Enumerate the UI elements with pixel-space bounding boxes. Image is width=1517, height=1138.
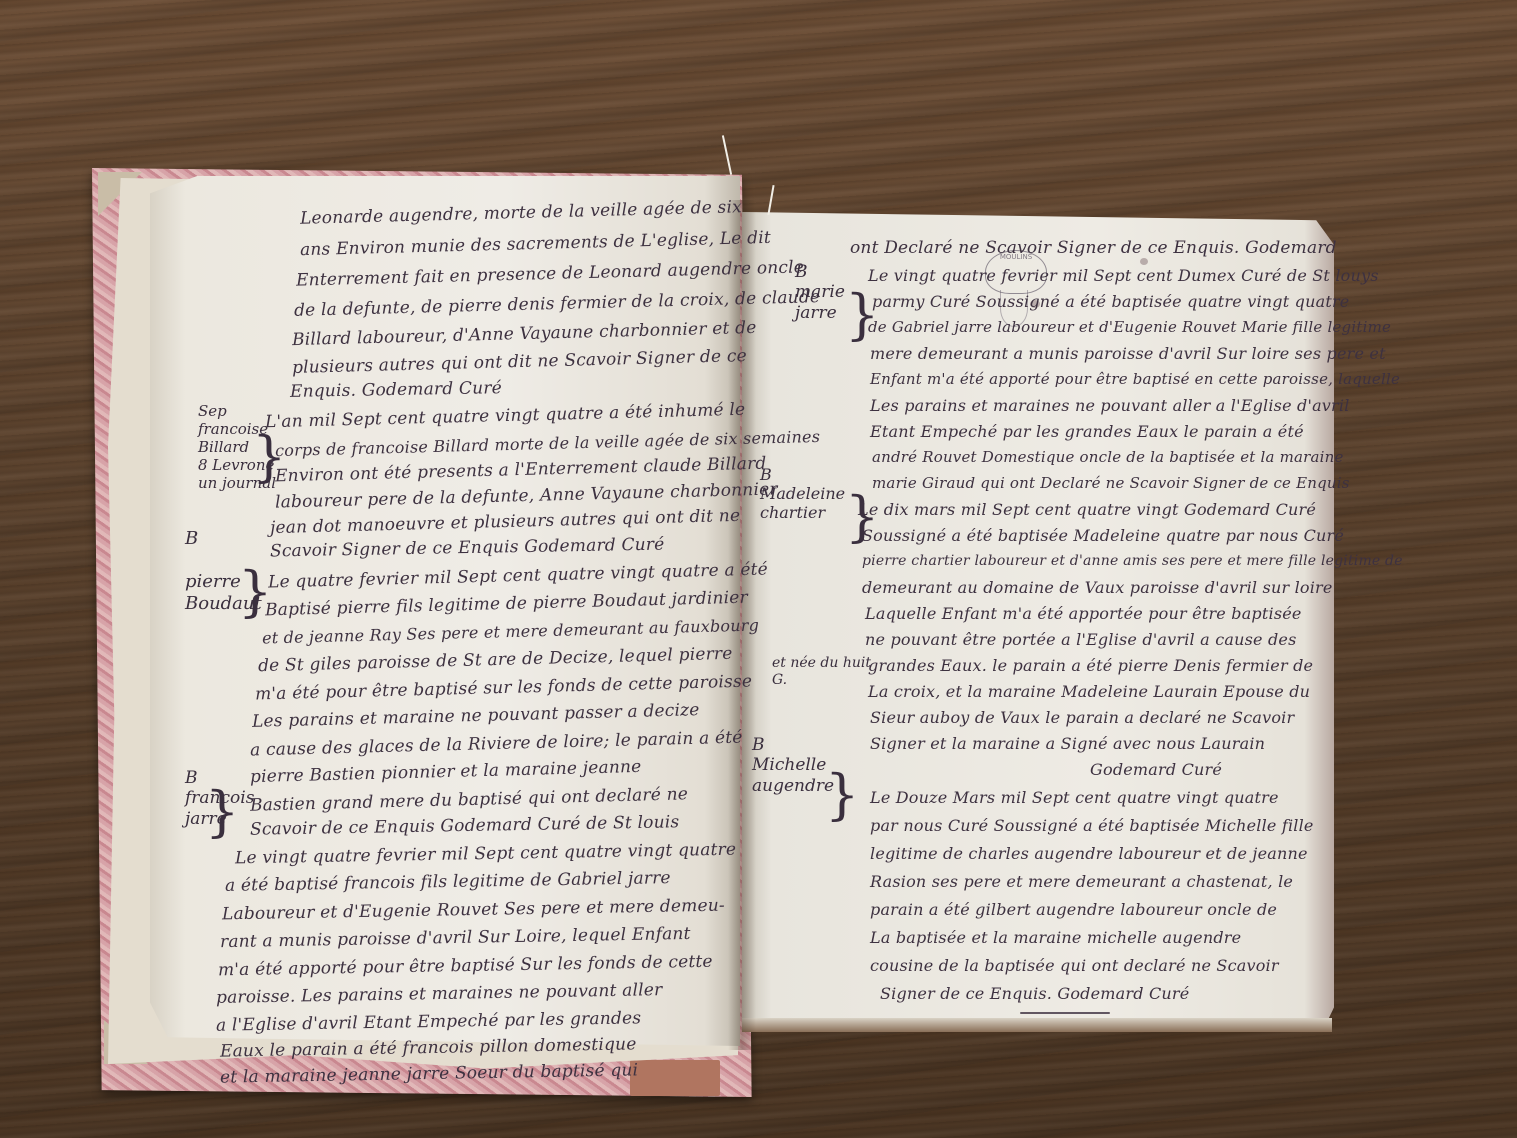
margin-note: et née du huit G. [772,655,871,689]
text-line: mere demeurant a munis paroisse d'avril … [870,346,1386,362]
margin-note: B marie jarre [795,262,845,323]
text-line: marie Giraud qui ont Declaré ne Scavoir … [872,476,1350,491]
text-line: legitime de charles augendre laboureur e… [870,846,1308,862]
text-line: Le vingt quatre fevrier mil Sept cent Du… [868,268,1379,284]
text-line: andré Rouvet Domestique oncle de la bapt… [872,450,1344,465]
ink-stain [1140,258,1148,265]
text-line: Signer de ce Enquis. Godemard Curé [880,986,1189,1002]
text-line: Signer et la maraine a Signé avec nous L… [870,736,1265,752]
text-line: grandes Eaux. le parain a été pierre Den… [868,658,1313,674]
text-line: ne pouvant être portée a l'Eglise d'avri… [865,632,1296,648]
signature: Godemard Curé [1090,762,1222,778]
text-line: parain a été gilbert augendre laboureur … [870,902,1277,918]
text-line: Enquis. Godemard Curé [290,380,502,401]
text-line: Le Douze Mars mil Sept cent quatre vingt… [870,790,1279,806]
text-line: Sieur auboy de Vaux le parain a declaré … [870,710,1294,726]
text-line: ont Declaré ne Scavoir Signer de ce Enqu… [850,240,1337,257]
text-line: La baptisée et la maraine michelle augen… [870,930,1241,946]
signature-flourish [1020,1012,1110,1014]
text-line: demeurant au domaine de Vaux paroisse d'… [862,580,1333,596]
text-line: La croix, et la maraine Madeleine Laurai… [868,684,1310,700]
margin-note: B Madeleine chartier [760,465,845,523]
text-line: Soussigné a été baptisée Madeleine quatr… [862,528,1344,544]
margin-brace: } [205,785,239,839]
book-spine [630,1060,720,1096]
page-stack-edge [742,1018,1332,1032]
text-line: Rasion ses pere et mere demeurant a chas… [870,874,1293,890]
text-line: pierre chartier laboureur et d'anne amis… [862,554,1403,568]
text-line: Enfant m'a été apporté pour être baptisé… [870,372,1400,387]
text-line: Etant Empeché par les grandes Eaux le pa… [870,424,1304,440]
text-line: Les parains et maraines ne pouvant aller… [870,398,1350,414]
margin-brace: } [825,768,859,822]
open-parish-register: MOULINS Sep francoise Billard 8 Levrone … [0,0,1517,1138]
text-line: Laquelle Enfant m'a été apportée pour êt… [865,606,1302,622]
text-line: cousine de la baptisée qui ont declaré n… [870,958,1279,974]
binding-thread [767,185,774,215]
margin-note: B Michelle augendre [752,735,834,796]
text-line: par nous Curé Soussigné a été baptisée M… [870,818,1314,834]
text-line: de Gabriel jarre laboureur et d'Eugenie … [868,320,1391,335]
text-line: parmy Curé Soussigné a été baptisée quat… [872,294,1349,310]
text-line: Le dix mars mil Sept cent quatre vingt G… [858,502,1316,518]
binding-thread [722,135,732,175]
